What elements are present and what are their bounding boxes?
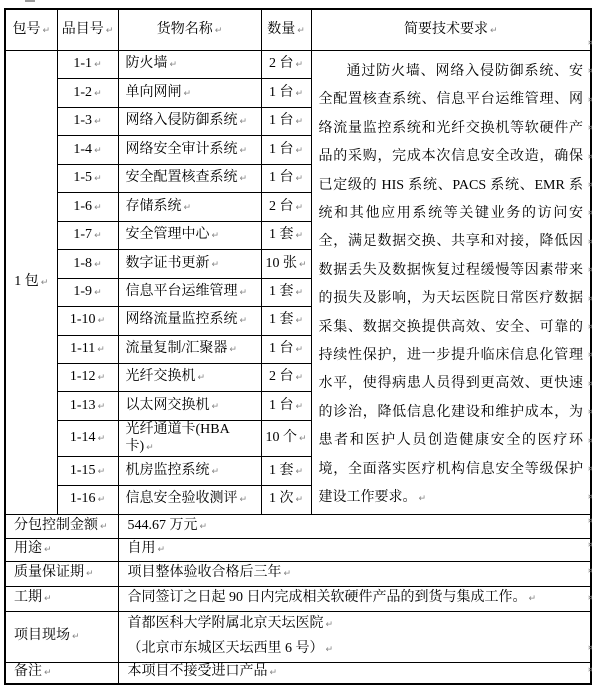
quantity-cell: 1 台↵	[261, 335, 311, 363]
footer-value: 自用	[128, 541, 156, 556]
paragraph-mark: ↵	[240, 288, 248, 298]
header-label: 包号	[12, 22, 40, 37]
goods-name-cell: 网络安全审计系统↵	[118, 136, 261, 164]
goods-name-cell: 防火墙↵	[118, 51, 261, 79]
quantity-cell: 10 张↵	[261, 250, 311, 278]
footer-row-project-site: 项目现场↵ 首都医科大学附属北京天坛医院↵ （北京市东城区天坛西里 6 号）↵	[5, 611, 591, 662]
footer-label: 质量保证期	[14, 565, 84, 580]
project-site-line1: 首都医科大学附属北京天坛医院↵	[128, 612, 591, 637]
paragraph-mark: ↵	[146, 443, 154, 453]
procurement-table: 包号↵ 品目号↵ 货物名称↵ 数量↵ 简要技术要求↵ 1 包↵ 1-1↵ 防火墙…	[4, 8, 592, 685]
footer-label-cell: 工期↵	[5, 586, 118, 611]
header-goods-name: 货物名称↵	[118, 9, 261, 51]
item-no-cell: 1-10↵	[57, 307, 118, 335]
quantity-cell: 1 台↵	[261, 107, 311, 135]
quantity-cell: 1 台↵	[261, 392, 311, 420]
footer-label-cell: 项目现场↵	[5, 611, 118, 662]
row-end-mark: ¤	[588, 267, 592, 274]
footer-value-cell: 本项目不接受进口产品↵	[118, 662, 591, 684]
footer-label-cell: 用途↵	[5, 538, 118, 561]
item-no-cell: 1-13↵	[57, 392, 118, 420]
goods-name-cell: 安全管理中心↵	[118, 221, 261, 249]
tech-requirements-cell: 通过防火墙、网络入侵防御系统、安全配置核查系统、信息平台运维管理、网络流量监控系…	[311, 51, 591, 515]
row-end-mark: ¤	[588, 438, 592, 445]
quantity-cell: 1 台↵	[261, 79, 311, 107]
item-no: 1-12	[70, 369, 96, 384]
goods-name: 安全管理中心	[126, 227, 210, 242]
goods-name: 数字证书更新	[126, 256, 210, 271]
paragraph-mark: ↵	[295, 288, 303, 298]
footer-row-warranty: 质量保证期↵ 项目整体验收合格后三年↵	[5, 561, 591, 586]
row-end-mark: ¤	[588, 466, 592, 473]
item-no-cell: 1-16↵	[57, 485, 118, 514]
table-move-handle-mark	[25, 0, 35, 2]
paragraph-mark: ↵	[98, 467, 106, 477]
goods-name: 防火墙	[126, 56, 168, 71]
row-end-mark: ¤	[588, 409, 592, 416]
goods-name-cell: 光纤通道卡(HBA 卡)↵	[118, 420, 261, 456]
footer-label: 分包控制金额	[14, 518, 98, 533]
quantity: 1 台	[269, 398, 294, 413]
quantity: 10 个	[265, 430, 297, 445]
quantity: 1 台	[269, 170, 294, 185]
footer-value: 首都医科大学附属北京天坛医院	[128, 616, 324, 631]
item-no: 1-6	[73, 199, 92, 214]
goods-name-cell: 安全配置核查系统↵	[118, 164, 261, 192]
footer-label-cell: 质量保证期↵	[5, 561, 118, 586]
item-no: 1-3	[73, 113, 92, 128]
paragraph-mark: ↵	[299, 434, 307, 444]
paragraph-mark: ↵	[158, 545, 166, 555]
row-end-mark: ¤	[588, 595, 592, 602]
goods-name: 安全配置核查系统	[126, 170, 238, 185]
paragraph-mark: ↵	[41, 278, 49, 288]
goods-name-cell: 数字证书更新↵	[118, 250, 261, 278]
item-no: 1-13	[70, 398, 96, 413]
footer-row-purpose: 用途↵ 自用↵	[5, 538, 591, 561]
item-no-cell: 1-7↵	[57, 221, 118, 249]
goods-name: 机房监控系统	[126, 463, 210, 478]
project-site-line2: （北京市东城区天坛西里 6 号）↵	[128, 637, 591, 662]
quantity: 10 张	[265, 256, 297, 271]
footer-label: 项目现场	[14, 628, 70, 643]
row-end-mark: ¤	[588, 125, 592, 132]
paragraph-mark: ↵	[240, 174, 248, 184]
footer-label-cell: 分包控制金额↵	[5, 514, 118, 538]
row-end-mark: ¤	[588, 381, 592, 388]
row-end-mark: ¤	[588, 182, 592, 189]
paragraph-mark: ↵	[326, 620, 334, 630]
paragraph-mark: ↵	[215, 26, 223, 36]
goods-name-cell: 存储系统↵	[118, 193, 261, 221]
paragraph-mark: ↵	[295, 495, 303, 505]
item-no: 1-9	[73, 284, 92, 299]
paragraph-mark: ↵	[98, 495, 106, 505]
footer-value: 544.67 万元	[128, 518, 198, 533]
paragraph-mark: ↵	[44, 668, 52, 678]
quantity: 2 台	[269, 199, 294, 214]
row-end-mark: ¤	[588, 568, 592, 575]
goods-name: 信息安全验收测评	[126, 491, 238, 506]
table-row: 1 包↵ 1-1↵ 防火墙↵ 2 台↵ 通过防火墙、网络入侵防御系统、安全配置核…	[5, 51, 591, 79]
item-no: 1-11	[70, 341, 95, 356]
paragraph-mark: ↵	[94, 174, 102, 184]
paragraph-mark: ↵	[44, 594, 52, 604]
package-value: 1 包	[14, 274, 39, 289]
goods-name-cell: 网络流量监控系统↵	[118, 307, 261, 335]
row-end-mark: ¤	[588, 97, 592, 104]
paragraph-mark: ↵	[200, 522, 208, 532]
quantity: 2 台	[269, 369, 294, 384]
paragraph-mark: ↵	[240, 146, 248, 156]
paragraph-mark: ↵	[240, 316, 248, 326]
package-cell: 1 包↵	[5, 51, 57, 515]
footer-label: 备注	[14, 664, 42, 679]
item-no-cell: 1-15↵	[57, 457, 118, 485]
header-row: 包号↵ 品目号↵ 货物名称↵ 数量↵ 简要技术要求↵	[5, 9, 591, 51]
paragraph-mark: ↵	[86, 569, 94, 579]
item-no: 1-10	[70, 312, 96, 327]
footer-value-cell: 首都医科大学附属北京天坛医院↵ （北京市东城区天坛西里 6 号）↵	[118, 611, 591, 662]
quantity: 1 台	[269, 85, 294, 100]
paragraph-mark: ↵	[94, 260, 102, 270]
quantity-cell: 1 次↵	[261, 485, 311, 514]
paragraph-mark: ↵	[97, 345, 105, 355]
item-no: 1-4	[73, 142, 92, 157]
row-end-mark: ¤	[588, 645, 592, 652]
goods-name: 网络安全审计系统	[126, 142, 238, 157]
quantity: 1 套	[269, 284, 294, 299]
header-label: 简要技术要求	[404, 22, 488, 37]
goods-name: 流量复制/汇聚器	[126, 341, 228, 356]
paragraph-mark: ↵	[419, 494, 427, 504]
item-no-cell: 1-2↵	[57, 79, 118, 107]
paragraph-mark: ↵	[295, 146, 303, 156]
goods-name: 光纤通道卡(HBA 卡)	[126, 422, 229, 454]
paragraph-mark: ↵	[184, 203, 192, 213]
quantity: 1 台	[269, 341, 294, 356]
paragraph-mark: ↵	[299, 260, 307, 270]
quantity: 1 台	[269, 142, 294, 157]
goods-name: 光纤交换机	[126, 369, 196, 384]
quantity: 1 套	[269, 312, 294, 327]
quantity-cell: 2 台↵	[261, 363, 311, 391]
item-no-cell: 1-3↵	[57, 107, 118, 135]
paragraph-mark: ↵	[490, 26, 498, 36]
paragraph-mark: ↵	[295, 117, 303, 127]
goods-name: 单向网闸	[126, 85, 182, 100]
footer-value: （北京市东城区天坛西里 6 号）	[128, 641, 324, 656]
paragraph-mark: ↵	[94, 60, 102, 70]
paragraph-mark: ↵	[295, 60, 303, 70]
paragraph-mark: ↵	[295, 203, 303, 213]
paragraph-mark: ↵	[240, 117, 248, 127]
row-end-mark: ¤	[588, 667, 592, 674]
item-no-cell: 1-12↵	[57, 363, 118, 391]
footer-label-cell: 备注↵	[5, 662, 118, 684]
paragraph-mark: ↵	[297, 26, 305, 36]
footer-value-cell: 544.67 万元↵	[118, 514, 591, 538]
paragraph-mark: ↵	[42, 26, 50, 36]
goods-name-cell: 信息平台运维管理↵	[118, 278, 261, 306]
tech-requirements-text: 通过防火墙、网络入侵防御系统、安全配置核查系统、信息平台运维管理、网络流量监控系…	[319, 58, 584, 514]
quantity-cell: 1 套↵	[261, 457, 311, 485]
item-no: 1-16	[70, 491, 96, 506]
paragraph-mark: ↵	[295, 345, 303, 355]
header-label: 品目号	[62, 22, 104, 37]
paragraph-mark: ↵	[212, 260, 220, 270]
item-no-cell: 1-11↵	[57, 335, 118, 363]
paragraph-mark: ↵	[94, 203, 102, 213]
quantity-cell: 1 台↵	[261, 136, 311, 164]
row-end-mark: ¤	[588, 494, 592, 501]
paragraph-mark: ↵	[295, 402, 303, 412]
goods-name-cell: 单向网闸↵	[118, 79, 261, 107]
item-no-cell: 1-5↵	[57, 164, 118, 192]
paragraph-mark: ↵	[284, 569, 292, 579]
paragraph-mark: ↵	[212, 467, 220, 477]
goods-name: 存储系统	[126, 199, 182, 214]
row-end-mark: ¤	[588, 518, 592, 525]
paragraph-mark: ↵	[229, 345, 237, 355]
goods-name-cell: 流量复制/汇聚器↵	[118, 335, 261, 363]
quantity: 1 套	[269, 227, 294, 242]
header-quantity: 数量↵	[261, 9, 311, 51]
header-label: 数量	[267, 22, 295, 37]
header-package: 包号↵	[5, 9, 57, 51]
goods-name: 以太网交换机	[126, 398, 210, 413]
footer-label: 用途	[14, 541, 42, 556]
paragraph-mark: ↵	[529, 594, 537, 604]
paragraph-mark: ↵	[212, 231, 220, 241]
paragraph-mark: ↵	[295, 373, 303, 383]
row-end-mark: ¤	[588, 210, 592, 217]
row-end-mark: ¤	[588, 154, 592, 161]
paragraph-mark: ↵	[94, 117, 102, 127]
item-no: 1-1	[73, 56, 92, 71]
goods-name-cell: 机房监控系统↵	[118, 457, 261, 485]
footer-row-duration: 工期↵ 合同签订之日起 90 日内完成相关软硬件产品的到货与集成工作。↵	[5, 586, 591, 611]
quantity-cell: 1 套↵	[261, 278, 311, 306]
goods-name-cell: 光纤交换机↵	[118, 363, 261, 391]
item-no: 1-2	[73, 85, 92, 100]
goods-name-cell: 信息安全验收测评↵	[118, 485, 261, 514]
paragraph-mark: ↵	[184, 89, 192, 99]
quantity-cell: 1 台↵	[261, 164, 311, 192]
paragraph-mark: ↵	[72, 632, 80, 642]
quantity-cell: 1 套↵	[261, 307, 311, 335]
item-no-cell: 1-8↵	[57, 250, 118, 278]
paragraph-mark: ↵	[295, 316, 303, 326]
footer-value: 本项目不接受进口产品	[128, 664, 268, 679]
quantity: 2 台	[269, 56, 294, 71]
paragraph-mark: ↵	[326, 645, 334, 655]
paragraph-mark: ↵	[44, 545, 52, 555]
goods-name: 网络入侵防御系统	[126, 113, 238, 128]
header-item-no: 品目号↵	[57, 9, 118, 51]
paragraph-mark: ↵	[94, 231, 102, 241]
paragraph-mark: ↵	[98, 402, 106, 412]
tech-requirements-body: 通过防火墙、网络入侵防御系统、安全配置核查系统、信息平台运维管理、网络流量监控系…	[319, 64, 584, 505]
goods-name-cell: 网络入侵防御系统↵	[118, 107, 261, 135]
item-no-cell: 1-14↵	[57, 420, 118, 456]
paragraph-mark: ↵	[295, 174, 303, 184]
item-no-cell: 1-1↵	[57, 51, 118, 79]
paragraph-mark: ↵	[170, 60, 178, 70]
quantity: 1 次	[269, 491, 294, 506]
paragraph-mark: ↵	[94, 288, 102, 298]
item-no: 1-15	[70, 463, 96, 478]
item-no: 1-7	[73, 227, 92, 242]
quantity: 1 套	[269, 463, 294, 478]
paragraph-mark: ↵	[240, 495, 248, 505]
footer-value: 合同签订之日起 90 日内完成相关软硬件产品的到货与集成工作。	[128, 590, 527, 605]
paragraph-mark: ↵	[295, 89, 303, 99]
footer-value: 项目整体验收合格后三年	[128, 565, 282, 580]
row-end-mark: ¤	[588, 68, 592, 75]
paragraph-mark: ↵	[295, 231, 303, 241]
quantity: 1 台	[269, 113, 294, 128]
footer-value-cell: 合同签订之日起 90 日内完成相关软硬件产品的到货与集成工作。↵	[118, 586, 591, 611]
quantity-cell: 2 台↵	[261, 193, 311, 221]
paragraph-mark: ↵	[295, 467, 303, 477]
paragraph-mark: ↵	[106, 26, 114, 36]
goods-name: 信息平台运维管理	[126, 284, 238, 299]
item-no: 1-5	[73, 170, 92, 185]
paragraph-mark: ↵	[98, 434, 106, 444]
item-no: 1-14	[70, 430, 96, 445]
paragraph-mark: ↵	[212, 402, 220, 412]
goods-name-cell: 以太网交换机↵	[118, 392, 261, 420]
document-page: 包号↵ 品目号↵ 货物名称↵ 数量↵ 简要技术要求↵ 1 包↵ 1-1↵ 防火墙…	[0, 0, 595, 687]
paragraph-mark: ↵	[94, 89, 102, 99]
row-end-mark: ¤	[588, 40, 592, 47]
quantity-cell: 10 个↵	[261, 420, 311, 456]
row-end-mark: ¤	[588, 324, 592, 331]
footer-row-control-amount: 分包控制金额↵ 544.67 万元↵	[5, 514, 591, 538]
header-label: 货物名称	[157, 22, 213, 37]
row-end-mark: ¤	[588, 239, 592, 246]
row-end-mark: ¤	[588, 352, 592, 359]
paragraph-mark: ↵	[98, 373, 106, 383]
row-end-mark: ¤	[588, 296, 592, 303]
paragraph-mark: ↵	[98, 316, 106, 326]
quantity-cell: 2 台↵	[261, 51, 311, 79]
paragraph-mark: ↵	[94, 146, 102, 156]
footer-row-remarks: 备注↵ 本项目不接受进口产品↵	[5, 662, 591, 684]
item-no-cell: 1-4↵	[57, 136, 118, 164]
row-end-mark: ¤	[588, 542, 592, 549]
paragraph-mark: ↵	[100, 522, 108, 532]
footer-label: 工期	[14, 590, 42, 605]
item-no-cell: 1-9↵	[57, 278, 118, 306]
header-tech-req: 简要技术要求↵	[311, 9, 591, 51]
quantity-cell: 1 套↵	[261, 221, 311, 249]
goods-name: 网络流量监控系统	[126, 312, 238, 327]
footer-value-cell: 自用↵	[118, 538, 591, 561]
item-no-cell: 1-6↵	[57, 193, 118, 221]
item-no: 1-8	[73, 256, 92, 271]
paragraph-mark: ↵	[198, 373, 206, 383]
paragraph-mark: ↵	[270, 668, 278, 678]
footer-value-cell: 项目整体验收合格后三年↵	[118, 561, 591, 586]
